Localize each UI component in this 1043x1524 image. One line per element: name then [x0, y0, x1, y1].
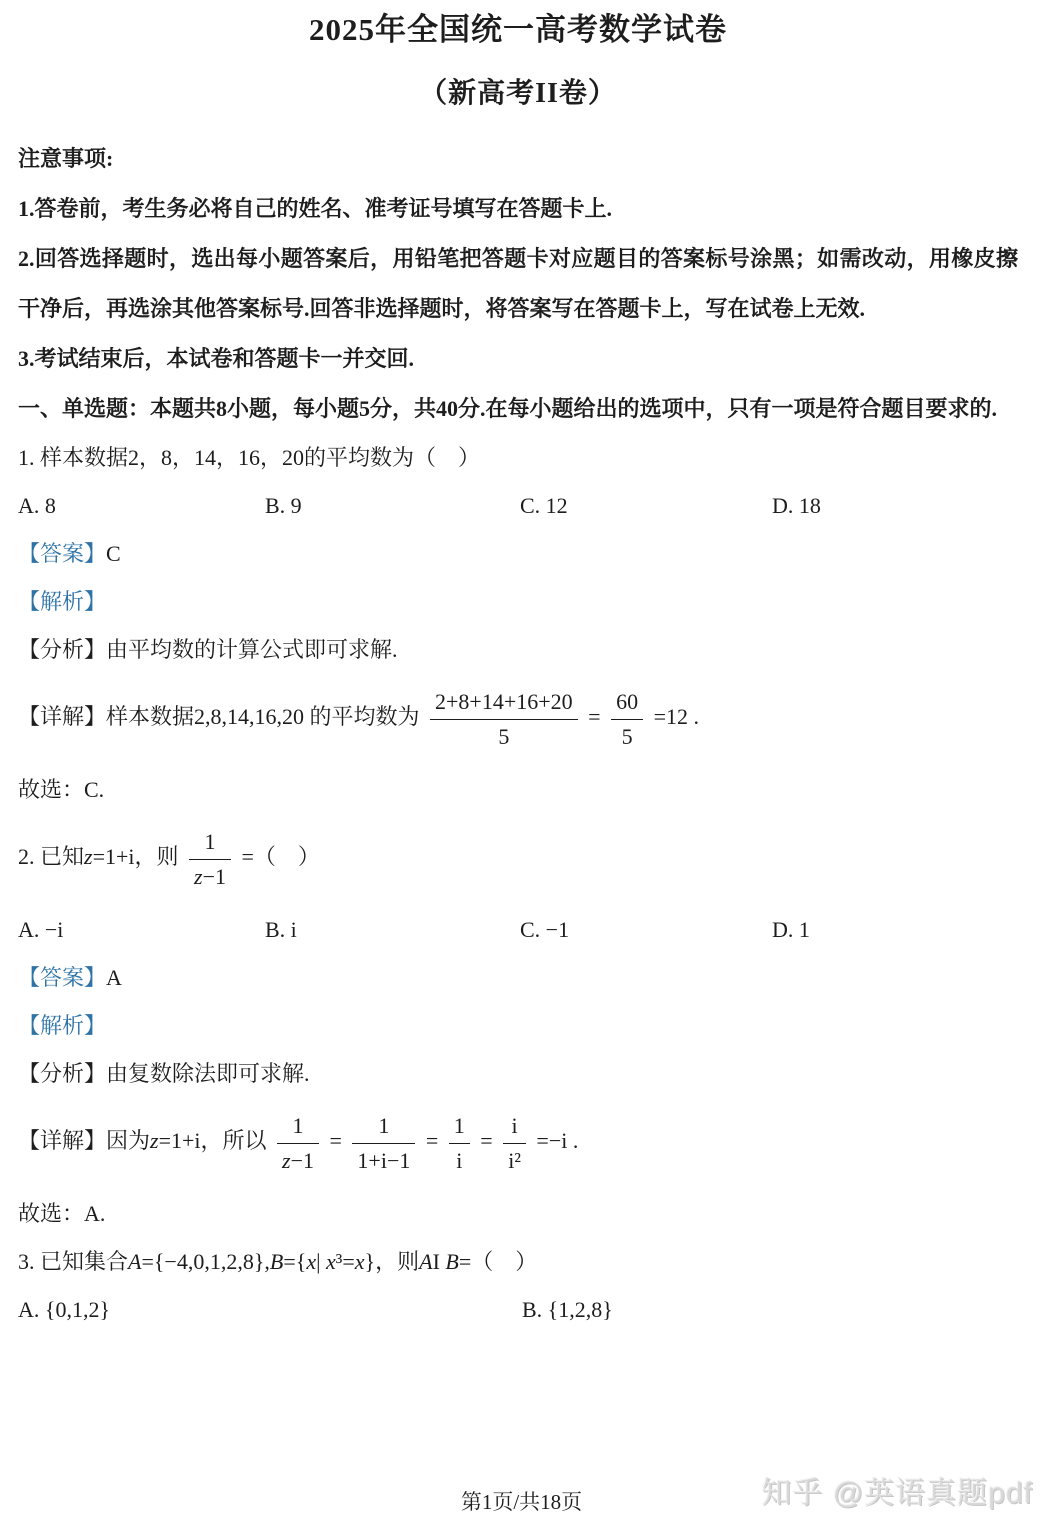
q3-stem-set-b-open: ={ — [283, 1249, 306, 1274]
q1-options: A. 8 B. 9 C. 12 D. 18 — [18, 482, 1018, 530]
q1-fraction-sum-denominator: 5 — [430, 719, 578, 751]
q2-detail-line: 【详解】因为z=1+i，所以 1 z−1 = 1 1+i−1 = 1 i = i… — [18, 1098, 1018, 1190]
q1-stem: 1. 样本数据2，8，14，16，20的平均数为（ ） — [18, 434, 1018, 482]
q1-fraction-result-numerator: 60 — [611, 688, 643, 719]
q2-options: A. −i B. i C. −1 D. 1 — [18, 906, 1018, 954]
q1-fraction-sum: 2+8+14+16+20 5 — [430, 688, 578, 750]
q2-stem-fraction-den-rest: −1 — [203, 864, 226, 889]
q1-fraction-result: 60 5 — [611, 688, 643, 750]
page-subtitle: （新高考II卷） — [18, 74, 1018, 114]
q1-answer-line: 【答案】C — [18, 530, 1018, 578]
watermark-text: 知乎 @英语真题pdf — [762, 1468, 1034, 1512]
q2-detail-fraction-2-denominator: 1+i−1 — [352, 1143, 415, 1175]
q1-answer-label: 【答案】 — [18, 541, 106, 566]
q1-analysis-label: 【解析】 — [18, 578, 1018, 626]
q2-analysis: 【分析】由复数除法即可求解. — [18, 1050, 1018, 1098]
q1-detail-equals: = — [588, 704, 600, 729]
q2-detail-fraction-3-numerator: 1 — [449, 1112, 470, 1143]
q1-option-b: B. 9 — [265, 482, 520, 530]
q2-detail-equals-3: = — [480, 1128, 492, 1153]
q3-stem-pre: 3. 已知集合 — [18, 1249, 128, 1274]
q1-option-d: D. 18 — [772, 482, 1018, 530]
q3-stem-var-x1: x — [306, 1249, 316, 1274]
q3-stem-var-a: A — [128, 1249, 141, 1274]
q2-detail-fraction-1-den-z: z — [282, 1148, 291, 1173]
q2-detail-fraction-3-denominator: i — [449, 1143, 470, 1175]
q2-stem-fraction-denominator: z−1 — [189, 859, 231, 891]
q2-answer-label: 【答案】 — [18, 965, 106, 990]
notice-item-2: 2.回答选择题时，选出每小题答案后，用铅笔把答题卡对应题目的答案标号涂黑；如需改… — [18, 234, 1018, 334]
q2-detail-equals-1: = — [330, 1128, 342, 1153]
q2-detail-fraction-1-denominator: z−1 — [277, 1143, 319, 1175]
q2-detail-fraction-4: i i² — [503, 1112, 526, 1174]
section-heading: 一、单选题：本题共8小题，每小题5分，共40分.在每小题给出的选项中，只有一项是… — [18, 384, 1018, 434]
q2-detail-fraction-3: 1 i — [449, 1112, 470, 1174]
q1-fraction-sum-numerator: 2+8+14+16+20 — [430, 688, 578, 719]
q2-answer-line: 【答案】A — [18, 954, 1018, 1002]
q2-stem-mid: =1+i，则 — [93, 844, 179, 869]
q3-stem: 3. 已知集合A={−4,0,1,2,8},B={x| x³=x}，则AI B=… — [18, 1238, 1018, 1286]
q3-stem-post: =（ ） — [459, 1249, 537, 1274]
q2-detail-fraction-1-den-rest: −1 — [291, 1148, 314, 1173]
q1-detail-line: 【详解】样本数据2,8,14,16,20 的平均数为 2+8+14+16+20 … — [18, 674, 1018, 766]
q2-detail-fraction-1: 1 z−1 — [277, 1112, 319, 1174]
q1-conclusion: 故选：C. — [18, 766, 1018, 814]
q2-stem-fraction: 1 z−1 — [189, 828, 231, 890]
q3-option-b: B. {1,2,8} — [522, 1286, 1018, 1334]
q3-stem-set-a: ={−4,0,1,2,8}, — [141, 1249, 269, 1274]
q2-answer-value: A — [106, 965, 122, 990]
q3-stem-var-x3: x — [355, 1249, 365, 1274]
q2-stem: 2. 已知z=1+i，则 1 z−1 =（ ） — [18, 814, 1018, 906]
q2-detail-fraction-4-denominator: i² — [503, 1143, 526, 1175]
q2-detail-var-z: z — [150, 1128, 159, 1153]
q3-options: A. {0,1,2} B. {1,2,8} — [18, 1286, 1018, 1334]
q3-stem-cube-equals: ³= — [336, 1249, 355, 1274]
q2-stem-var-z: z — [84, 844, 93, 869]
q1-answer-value: C — [106, 541, 121, 566]
q2-option-a: A. −i — [18, 906, 265, 954]
q2-option-c: C. −1 — [520, 906, 772, 954]
q2-analysis-label: 【解析】 — [18, 1002, 1018, 1050]
q1-fraction-result-denominator: 5 — [611, 719, 643, 751]
q2-stem-pre: 2. 已知 — [18, 844, 84, 869]
q1-option-c: C. 12 — [520, 482, 772, 530]
q2-stem-fraction-den-z: z — [194, 864, 203, 889]
notices-heading: 注意事项: — [18, 134, 1018, 184]
q2-stem-fraction-numerator: 1 — [189, 828, 231, 859]
notice-item-1: 1.答卷前，考生务必将自己的姓名、准考证号填写在答题卡上. — [18, 184, 1018, 234]
q1-detail-suffix: =12 . — [654, 704, 699, 729]
q3-stem-var-b2: B — [445, 1249, 458, 1274]
q3-stem-intersect: I — [433, 1249, 446, 1274]
q1-detail-prefix: 【详解】样本数据2,8,14,16,20 的平均数为 — [18, 704, 420, 729]
exam-page: 2025年全国统一高考数学试卷 （新高考II卷） 注意事项: 1.答卷前，考生务… — [0, 0, 1043, 1524]
q3-stem-var-x2: x — [326, 1249, 336, 1274]
q2-conclusion: 故选：A. — [18, 1190, 1018, 1238]
q2-stem-post: =（ ） — [242, 844, 320, 869]
q2-detail-fraction-2-numerator: 1 — [352, 1112, 415, 1143]
q2-option-d: D. 1 — [772, 906, 1018, 954]
q2-detail-equals-2: = — [426, 1128, 438, 1153]
q2-detail-fraction-1-numerator: 1 — [277, 1112, 319, 1143]
q2-detail-post: =−i . — [536, 1128, 578, 1153]
page-title: 2025年全国统一高考数学试卷 — [18, 8, 1018, 52]
q1-option-a: A. 8 — [18, 482, 265, 530]
q2-detail-fraction-2: 1 1+i−1 — [352, 1112, 415, 1174]
q3-stem-var-b: B — [270, 1249, 283, 1274]
q3-stem-set-b-close: }，则 — [365, 1249, 420, 1274]
q3-option-a: A. {0,1,2} — [18, 1286, 522, 1334]
q2-option-b: B. i — [265, 906, 520, 954]
q1-analysis: 【分析】由平均数的计算公式即可求解. — [18, 626, 1018, 674]
q2-detail-pre: 【详解】因为 — [18, 1128, 150, 1153]
q2-detail-mid: =1+i，所以 — [159, 1128, 267, 1153]
q2-detail-fraction-4-numerator: i — [503, 1112, 526, 1143]
notice-item-3: 3.考试结束后，本试卷和答题卡一并交回. — [18, 334, 1018, 384]
q3-stem-var-a2: A — [419, 1249, 432, 1274]
q3-stem-bar: | — [316, 1249, 326, 1274]
